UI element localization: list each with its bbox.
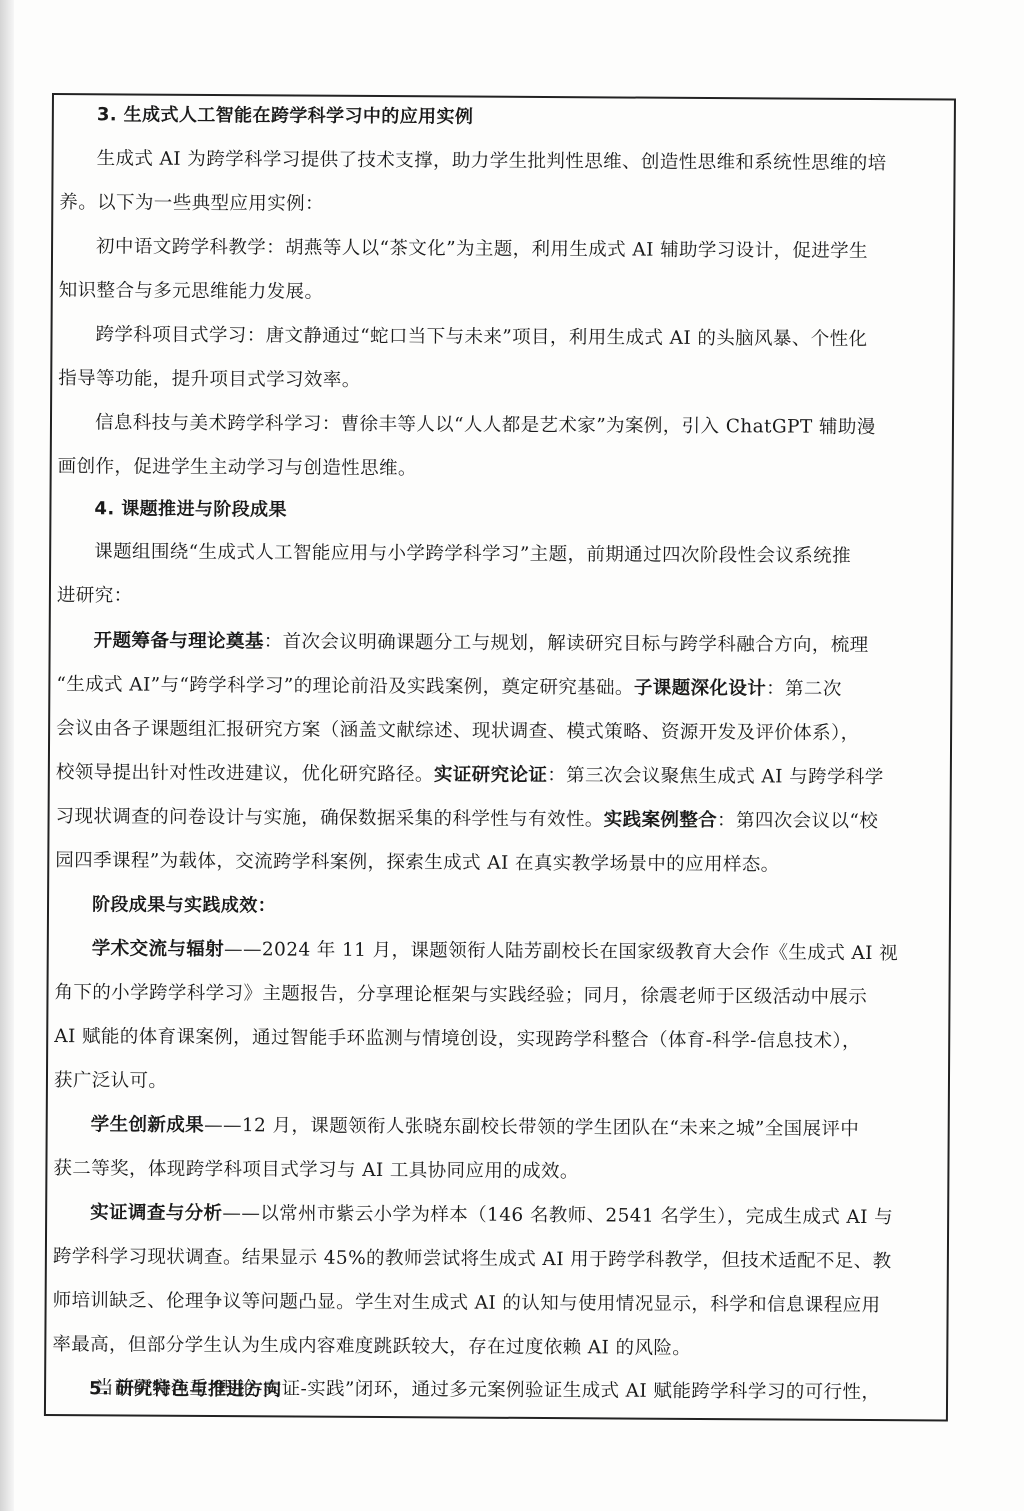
- example3-line2: 画创作，促进学生主动学习与创造性思维。: [58, 453, 942, 486]
- result3-line4: 率最高，但部分学生认为生成内容难度跳跃较大，存在过度依赖 AI 的风险。: [52, 1331, 936, 1364]
- example3-line1: 信息科技与美术跨学科学习：曹徐丰等人以“人人都是艺术家”为案例，引入 ChatG…: [58, 409, 942, 442]
- example2-line1: 跨学科项目式学习：唐文静通过“蛇口当下与未来”项目，利用生成式 AI 的头脑风暴…: [58, 321, 942, 354]
- section4-intro-line1: 课题组围绕“生成式人工智能应用与小学跨学科学习”主题，前期通过四次阶段性会议系统…: [57, 538, 941, 571]
- result3-line3: 师培训缺乏、伦理争议等问题凸显。学生对生成式 AI 的认知与使用情况显示，科学和…: [53, 1287, 937, 1320]
- result1-line2: 角下的小学跨学科学习》主题报告，分享理论框架与实践经验；同月，徐震老师于区级活动…: [54, 979, 938, 1012]
- result3-title: 实证调查与分析: [90, 1202, 222, 1224]
- example2-line2: 指导等功能，提升项目式学习效率。: [58, 365, 942, 398]
- section4-intro-line2: 进研究：: [57, 582, 941, 615]
- meetings-line5: 习现状调查的问卷设计与实施，确保数据采集的科学性与有效性。实践案例整合：第四次会…: [55, 803, 939, 836]
- section3-intro-line2: 养。以下为一些典型应用实例：: [59, 189, 943, 222]
- section3-heading: 3. 生成式人工智能在跨学科学习中的应用实例: [60, 101, 944, 134]
- result1-title: 学术交流与辐射: [92, 938, 224, 960]
- document-body: 3. 生成式人工智能在跨学科学习中的应用实例 生成式 AI 为跨学科学习提供了技…: [54, 95, 954, 100]
- section3-intro-line1: 生成式 AI 为跨学科学习提供了技术支撑，助力学生批判性思维、创造性思维和系统性…: [60, 145, 944, 178]
- meetings-line3: 会议由各子课题组汇报研究方案（涵盖文献综述、现状调查、模式策略、资源开发及评价体…: [56, 715, 940, 748]
- example1-line2: 知识整合与多元思维能力发展。: [59, 277, 943, 310]
- meeting2-title: 子课题深化设计: [634, 678, 766, 700]
- result2-line1: 学生创新成果——12 月，课题领衔人张晓东副校长带领的学生团队在“未来之城”全国…: [54, 1111, 938, 1144]
- result1-line1: 学术交流与辐射——2024 年 11 月，课题领衔人陆芳副校长在国家级教育大会作…: [55, 935, 939, 968]
- results-heading: 阶段成果与实践成效：: [55, 891, 939, 924]
- meetings-line2: “生成式 AI”与“跨学科学习”的理论前沿及实践案例，奠定研究基础。子课题深化设…: [56, 671, 940, 704]
- result3-line1: 实证调查与分析——以常州市紫云小学为样本（146 名教师、2541 名学生），完…: [53, 1199, 937, 1232]
- result1-line4: 获广泛认可。: [54, 1067, 938, 1100]
- meeting4-title: 实践案例整合: [604, 809, 718, 831]
- result3-line2: 跨学科学习现状调查。结果显示 45%的教师尝试将生成式 AI 用于跨学科教学，但…: [53, 1243, 937, 1276]
- result2-line2: 获二等奖，体现跨学科项目式学习与 AI 工具协同应用的成效。: [53, 1155, 937, 1188]
- meetings-line6: 园四季课程”为载体，交流跨学科案例，探索生成式 AI 在真实教学场景中的应用样态…: [55, 847, 939, 880]
- scan-edge-shadow: [0, 0, 14, 1511]
- result1-line3: AI 赋能的体育课案例，通过智能手环监测与情境创设，实现跨学科整合（体育-科学-…: [54, 1023, 938, 1056]
- section4-heading: 4. 课题推进与阶段成果: [57, 495, 941, 528]
- meeting3-title: 实证研究论证: [434, 764, 548, 786]
- example1-line1: 初中语文跨学科教学：胡燕等人以“茶文化”为主题，利用生成式 AI 辅助学习设计，…: [59, 233, 943, 266]
- document-frame: 3. 生成式人工智能在跨学科学习中的应用实例 生成式 AI 为跨学科学习提供了技…: [44, 93, 956, 1421]
- meetings-line1: 开题筹备与理论奠基：首次会议明确课题分工与规划，解读研究目标与跨学科融合方向，梳…: [57, 627, 941, 660]
- section5-paragraph-line1: 当前研究注重“理论-实证-实践”闭环，通过多元案例验证生成式 AI 赋能跨学科学…: [58, 1374, 995, 1408]
- result2-title: 学生创新成果: [91, 1114, 205, 1136]
- meeting1-title: 开题筹备与理论奠基: [94, 630, 264, 652]
- meetings-line4: 校领导提出针对性改进建议，优化研究路径。实证研究论证：第三次会议聚焦生成式 AI…: [56, 759, 940, 792]
